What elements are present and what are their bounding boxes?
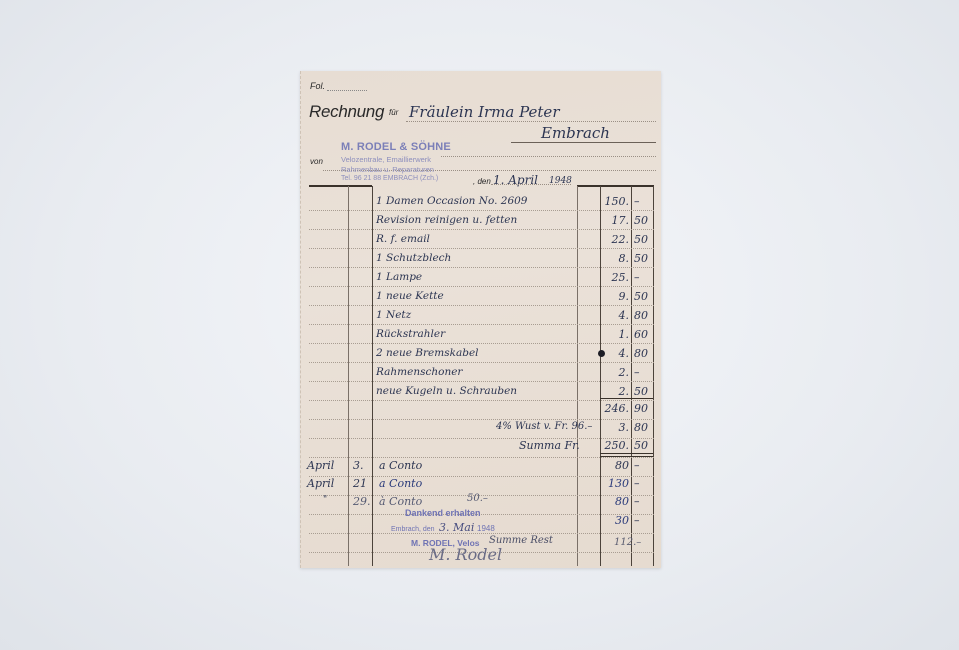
item-francs: 4. (583, 347, 629, 360)
payment-francs: 130 (583, 477, 629, 490)
balance-cents: – (634, 514, 654, 527)
row-rule (309, 324, 654, 325)
item-description: neue Kugeln u. Schrauben (376, 385, 517, 397)
item-francs: 22. (583, 233, 629, 246)
row-rule (309, 305, 654, 306)
item-cents: – (634, 195, 654, 208)
item-cents: 50 (634, 290, 654, 303)
grid-col-3 (577, 186, 578, 566)
row-rule (309, 457, 654, 458)
fol-label: Fol. (310, 81, 325, 91)
payment-month: " (323, 495, 327, 505)
item-francs: 25. (583, 271, 629, 284)
grid-col-2 (372, 186, 373, 566)
item-francs: 1. (583, 328, 629, 341)
payment-day: 21 (353, 477, 367, 490)
subtotal-cents: 90 (634, 402, 654, 415)
row-rule (309, 533, 654, 534)
grid-col-1 (348, 186, 349, 566)
item-description: Revision reinigen u. fetten (376, 214, 517, 226)
wust-label: 4% Wust v. Fr. 96.– (496, 421, 592, 432)
payment-label: a Conto (379, 477, 422, 490)
date-line (491, 184, 571, 185)
recipient-city-line (511, 142, 656, 143)
signature: M. Rodel (429, 545, 502, 564)
stamp-date-label: Embrach, den (391, 526, 435, 533)
payment-label: à Conto (379, 495, 422, 508)
row-rule (309, 400, 654, 401)
item-description: 1 neue Kette (376, 290, 444, 302)
payment-cents: – (634, 495, 654, 508)
item-cents: 80 (634, 309, 654, 322)
row-rule (309, 229, 654, 230)
header-line-2 (441, 156, 656, 157)
recipient-line (406, 121, 656, 122)
total-rule-1 (600, 453, 653, 454)
item-description: 1 Netz (376, 309, 411, 321)
invoice-title: Rechnung (309, 102, 384, 122)
item-cents: – (634, 366, 654, 379)
item-description: 1 Lampe (376, 271, 422, 283)
total-cents: 50 (634, 439, 654, 452)
item-cents: 60 (634, 328, 654, 341)
recipient-city: Embrach (541, 124, 610, 142)
total-rule-2 (600, 456, 653, 457)
payment-cents: – (634, 459, 654, 472)
payment-day: 29. (353, 495, 371, 508)
item-description: 1 Schutzblech (376, 252, 451, 264)
firm-line-1: Velozentrale, Emaillierwerk (341, 155, 431, 164)
payment-extra: 50.– (467, 493, 488, 504)
payment-month: April (307, 459, 334, 472)
row-rule (309, 286, 654, 287)
total-label: Summa Fr. (519, 439, 580, 452)
table-header-rule-right (577, 185, 654, 187)
item-cents: 80 (634, 347, 654, 360)
total-francs: 250. (583, 439, 629, 452)
stamp-year: 1948 (477, 524, 495, 533)
table-header-rule-left (309, 185, 372, 187)
rest-value: 112.– (614, 537, 641, 548)
row-rule (309, 248, 654, 249)
invoice-document: Fol. Rechnung für Fräulein Irma Peter Em… (300, 71, 661, 568)
item-description: 1 Damen Occasion No. 2609 (376, 195, 528, 207)
den-label: , den (473, 177, 491, 186)
stamp-date: 3. Mai (439, 521, 474, 534)
item-cents: 50 (634, 385, 654, 398)
grid-col-5 (631, 186, 632, 566)
firm-name: M. RODEL & SÖHNE (341, 141, 451, 153)
item-description: 2 neue Bremskabel (376, 347, 479, 359)
balance-francs: 30 (583, 514, 629, 527)
wust-cents: 80 (634, 421, 654, 434)
item-description: Rückstrahler (376, 328, 445, 340)
item-francs: 2. (583, 366, 629, 379)
payment-month: April (307, 477, 334, 490)
item-francs: 17. (583, 214, 629, 227)
row-rule (309, 419, 654, 420)
item-francs: 8. (583, 252, 629, 265)
subtotal-rule (600, 398, 653, 399)
wust-francs: 3. (583, 421, 629, 434)
item-cents: 50 (634, 252, 654, 265)
item-description: R. f. email (376, 233, 430, 245)
recipient-name: Fräulein Irma Peter (409, 103, 559, 121)
payment-label: a Conto (379, 459, 422, 472)
row-rule (309, 210, 654, 211)
stamp-received: Dankend erhalten (405, 508, 481, 518)
fol-line (327, 90, 367, 91)
row-rule (309, 343, 654, 344)
item-francs: 9. (583, 290, 629, 303)
firm-line-3: Tel. 96 21 88 EMBRACH (Zch.) (341, 175, 438, 182)
payment-day: 3. (353, 459, 364, 472)
item-francs: 4. (583, 309, 629, 322)
payment-francs: 80 (583, 459, 629, 472)
subtotal-francs: 246. (583, 402, 629, 415)
item-description: Rahmenschoner (376, 366, 462, 378)
item-cents: – (634, 271, 654, 284)
item-cents: 50 (634, 233, 654, 246)
row-rule (309, 267, 654, 268)
fuer-label: für (389, 108, 398, 117)
payment-francs: 80 (583, 495, 629, 508)
item-cents: 50 (634, 214, 654, 227)
item-francs: 2. (583, 385, 629, 398)
payment-cents: – (634, 477, 654, 490)
von-label: von (310, 157, 323, 166)
row-rule (309, 362, 654, 363)
ink-blot (598, 350, 605, 357)
row-rule (309, 381, 654, 382)
firm-line-2: Rahmenbau u. Reparaturen (341, 165, 434, 174)
item-francs: 150. (583, 195, 629, 208)
